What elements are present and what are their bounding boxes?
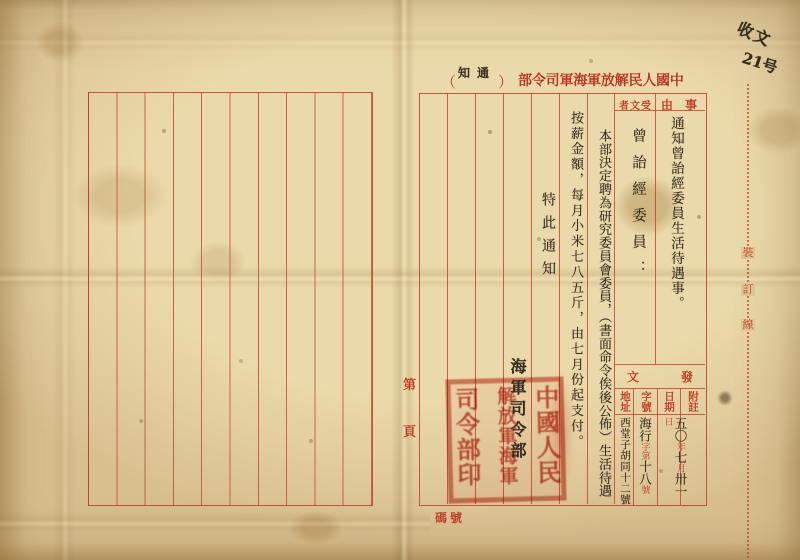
dispatch-header-char-left: 文 (627, 368, 639, 385)
date-day-unit: 日 (663, 417, 673, 426)
dispatch-divider (657, 388, 658, 505)
dispatch-table-top-line (615, 364, 705, 365)
dispatch-ref-value: 海行字第十八號 (638, 417, 651, 505)
date-year-unit: 年 (675, 442, 685, 451)
dispatch-header: 文 發 (615, 368, 705, 385)
top-crease (0, 30, 800, 52)
ref-zidi: 字第 (640, 442, 650, 460)
page-label-suffix: 頁 (403, 421, 416, 440)
ref-office: 海行 (638, 417, 653, 442)
recipient-text: 曾詒經委員： (628, 128, 649, 358)
title-notice-type: 知通 (458, 64, 496, 81)
subject-divider-line (655, 93, 656, 364)
seal-column-left: 司令部印 (453, 387, 480, 496)
ref-hao: 號 (640, 485, 650, 494)
date-day: 卅一 (673, 473, 688, 498)
document-scan: 收文 21号 裝 訂 線 （ 知通 ） 部令司軍海軍放解民人國中 由 事 通知曾… (0, 0, 800, 560)
binding-line-char-2: 訂 (741, 284, 755, 296)
binding-line-char-1: 裝 (741, 247, 755, 259)
dispatch-date-value: 五〇年七月卅一日 (661, 417, 686, 505)
closing-phrase: 特此通知 (538, 192, 558, 312)
seal-column-right: 中國人民 (533, 385, 560, 494)
dispatch-ref-label: 字號 (639, 391, 654, 415)
dispatch-note-label: 附註 (686, 391, 701, 415)
title-paren-open: （ (441, 75, 456, 90)
dispatch-header-underline (615, 388, 705, 389)
body-text-column-1: 本部決定聘為研究委員會委員，（書面命令俟後公佈）生活待遇 (594, 129, 613, 499)
blank-ruled-columns (88, 92, 373, 506)
date-month: 七 (673, 451, 688, 464)
column-line (614, 93, 615, 504)
dispatch-addr-value: 西堂子胡同十二號 (618, 417, 633, 507)
date-month-unit: 月 (675, 464, 685, 473)
title-issuing-authority: 部令司軍海軍放解民人國中 (518, 73, 684, 90)
signature-navy-hq: 海軍司令部 (506, 358, 529, 478)
document-number-label: 碼號 (435, 509, 465, 526)
dispatch-header-char-right: 發 (681, 368, 693, 385)
title-paren-close: ） (498, 75, 513, 90)
recipient-label: 者文受 (617, 97, 654, 112)
ref-number: 十八 (638, 460, 653, 485)
column-line (587, 93, 588, 504)
paper-speckles (0, 0, 2, 2)
document-title: （ 知通 ） 部令司軍海軍放解民人國中 (441, 73, 684, 90)
bottom-left-crease (0, 511, 430, 533)
date-year: 五〇 (673, 417, 688, 442)
subject-label: 由 事 (658, 96, 709, 113)
subject-text: 通知曾詒經委員生活待遇事。 (666, 116, 686, 376)
binding-line-char-3: 線 (741, 319, 755, 331)
dispatch-date-label: 日期 (662, 391, 677, 415)
dispatch-divider (633, 388, 634, 505)
dispatch-addr-label: 地址 (618, 391, 633, 415)
page-label-prefix: 第 (403, 374, 416, 393)
